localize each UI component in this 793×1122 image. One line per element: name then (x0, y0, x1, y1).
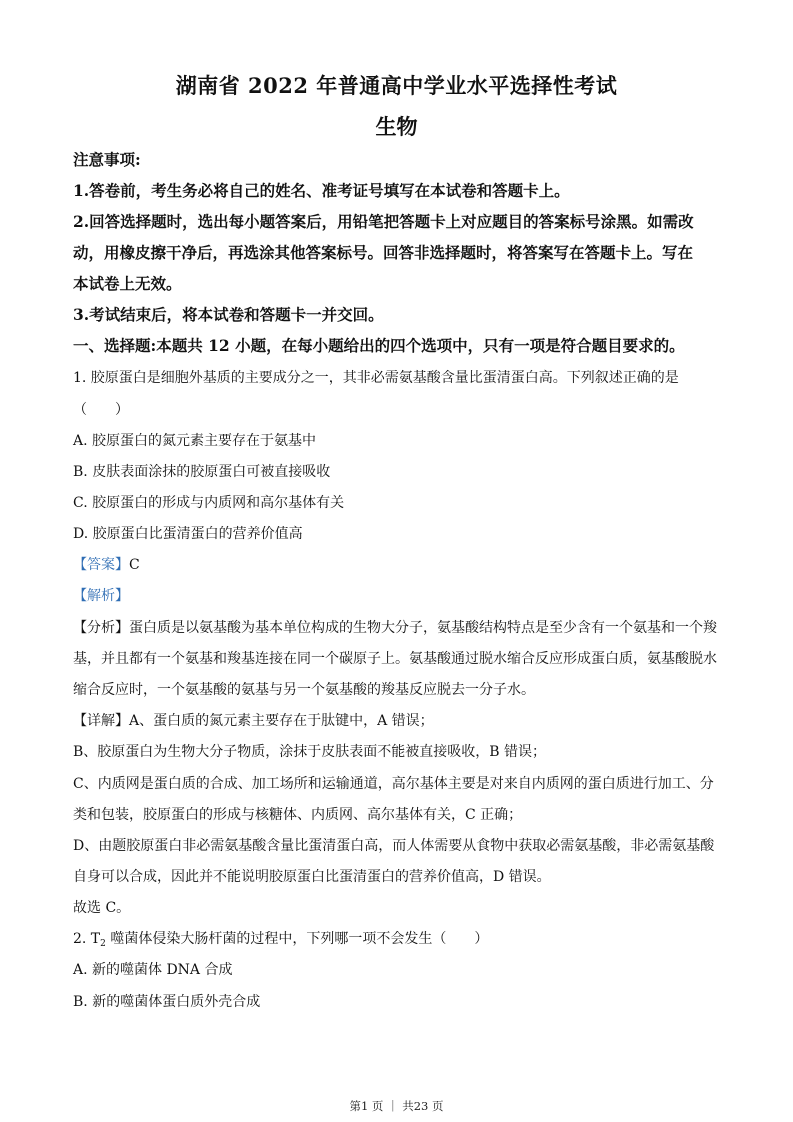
question-2-text: 噬菌体侵染大肠杆菌的过程中，下列哪一项不会发生（ ） (106, 931, 488, 947)
notice-item-1: 1.答卷前，考生务必将自己的姓名、准考证号填写在本试卷和答题卡上。 (73, 182, 723, 200)
question-1-blank: （ ） (73, 401, 723, 419)
conclusion: 故选 C。 (73, 899, 723, 917)
fenxi-line-2: 基，并且都有一个氨基和羧基连接在同一个碳原子上。氨基酸通过脱水缩合反应形成蛋白质… (73, 650, 723, 668)
notice-item-2-line-3: 本试卷上无效。 (73, 275, 723, 293)
notice-item-2-line-2: 动，用橡皮擦干净后，再选涂其他答案标号。回答非选择题时，将答案写在答题卡上。写在 (73, 244, 723, 262)
analysis-label: 【解析】 (73, 587, 723, 605)
question-1-stem: 1. 胶原蛋白是细胞外基质的主要成分之一，其非必需氨基酸含量比蛋清蛋白高。下列叙… (73, 369, 723, 387)
answer-line: 【答案】C (73, 556, 723, 574)
fenxi-line-3: 缩合反应时，一个氨基酸的氨基与另一个氨基酸的羧基反应脱去一分子水。 (73, 681, 723, 699)
xiangjie-line-a: 【详解】A、蛋白质的氮元素主要存在于肽键中，A 错误； (73, 712, 723, 730)
page-footer: 第1 页 ｜ 共23 页 (0, 1098, 793, 1114)
notice-item-2-line-1: 2.回答选择题时，选出每小题答案后，用铅笔把答题卡上对应题目的答案标号涂黑。如需… (73, 213, 723, 231)
xiangjie-line-c2: 类和包装，胶原蛋白的形成与核糖体、内质网、高尔基体有关，C 正确； (73, 806, 723, 824)
question-2-option-a: A. 新的噬菌体 DNA 合成 (73, 961, 723, 979)
notice-heading: 注意事项: (73, 151, 723, 169)
question-2-stem: 2. T2 噬菌体侵染大肠杆菌的过程中，下列哪一项不会发生（ ） (73, 930, 723, 948)
xiangjie-line-b: B、胶原蛋白为生物大分子物质，涂抹于皮肤表面不能被直接吸收，B 错误； (73, 743, 723, 761)
question-1-option-d: D. 胶原蛋白比蛋清蛋白的营养价值高 (73, 525, 723, 543)
fenxi-text-1: 蛋白质是以氨基酸为基本单位构成的生物大分子，氨基酸结构特点是至少含有一个氨基和一… (129, 620, 717, 636)
xiangjie-line-c1: C、内质网是蛋白质的合成、加工场所和运输通道，高尔基体主要是对来自内质网的蛋白质… (73, 775, 723, 793)
question-2-number: 2. T (73, 931, 100, 947)
exam-title: 湖南省 2022 年普通高中学业水平选择性考试 (0, 70, 793, 100)
answer-label: 【答案】 (73, 557, 129, 573)
notice-item-3: 3.考试结束后，将本试卷和答题卡一并交回。 (73, 306, 723, 324)
answer-value: C (129, 557, 140, 573)
section-heading: 一、选择题:本题共 12 小题，在每小题给出的四个选项中，只有一项是符合题目要求… (73, 337, 723, 355)
xiangjie-label: 【详解】 (73, 713, 129, 729)
fenxi-label: 【分析】 (73, 620, 129, 636)
question-2-option-b: B. 新的噬菌体蛋白质外壳合成 (73, 993, 723, 1011)
xiangjie-line-d2: 自身可以合成，因此并不能说明胶原蛋白比蛋清蛋白的营养价值高，D 错误。 (73, 868, 723, 886)
exam-subject: 生物 (0, 111, 793, 141)
document-page: 湖南省 2022 年普通高中学业水平选择性考试 生物 注意事项: 1.答卷前，考… (0, 0, 793, 1122)
question-1-option-a: A. 胶原蛋白的氮元素主要存在于氨基中 (73, 432, 723, 450)
xiangjie-line-d1: D、由题胶原蛋白非必需氨基酸含量比蛋清蛋白高，而人体需要从食物中获取必需氨基酸，… (73, 837, 723, 855)
xiangjie-text-a: A、蛋白质的氮元素主要存在于肽键中，A 错误； (129, 713, 434, 729)
question-1-option-b: B. 皮肤表面涂抹的胶原蛋白可被直接吸收 (73, 463, 723, 481)
question-1-option-c: C. 胶原蛋白的形成与内质网和高尔基体有关 (73, 494, 723, 512)
fenxi-line-1: 【分析】蛋白质是以氨基酸为基本单位构成的生物大分子，氨基酸结构特点是至少含有一个… (73, 619, 723, 637)
